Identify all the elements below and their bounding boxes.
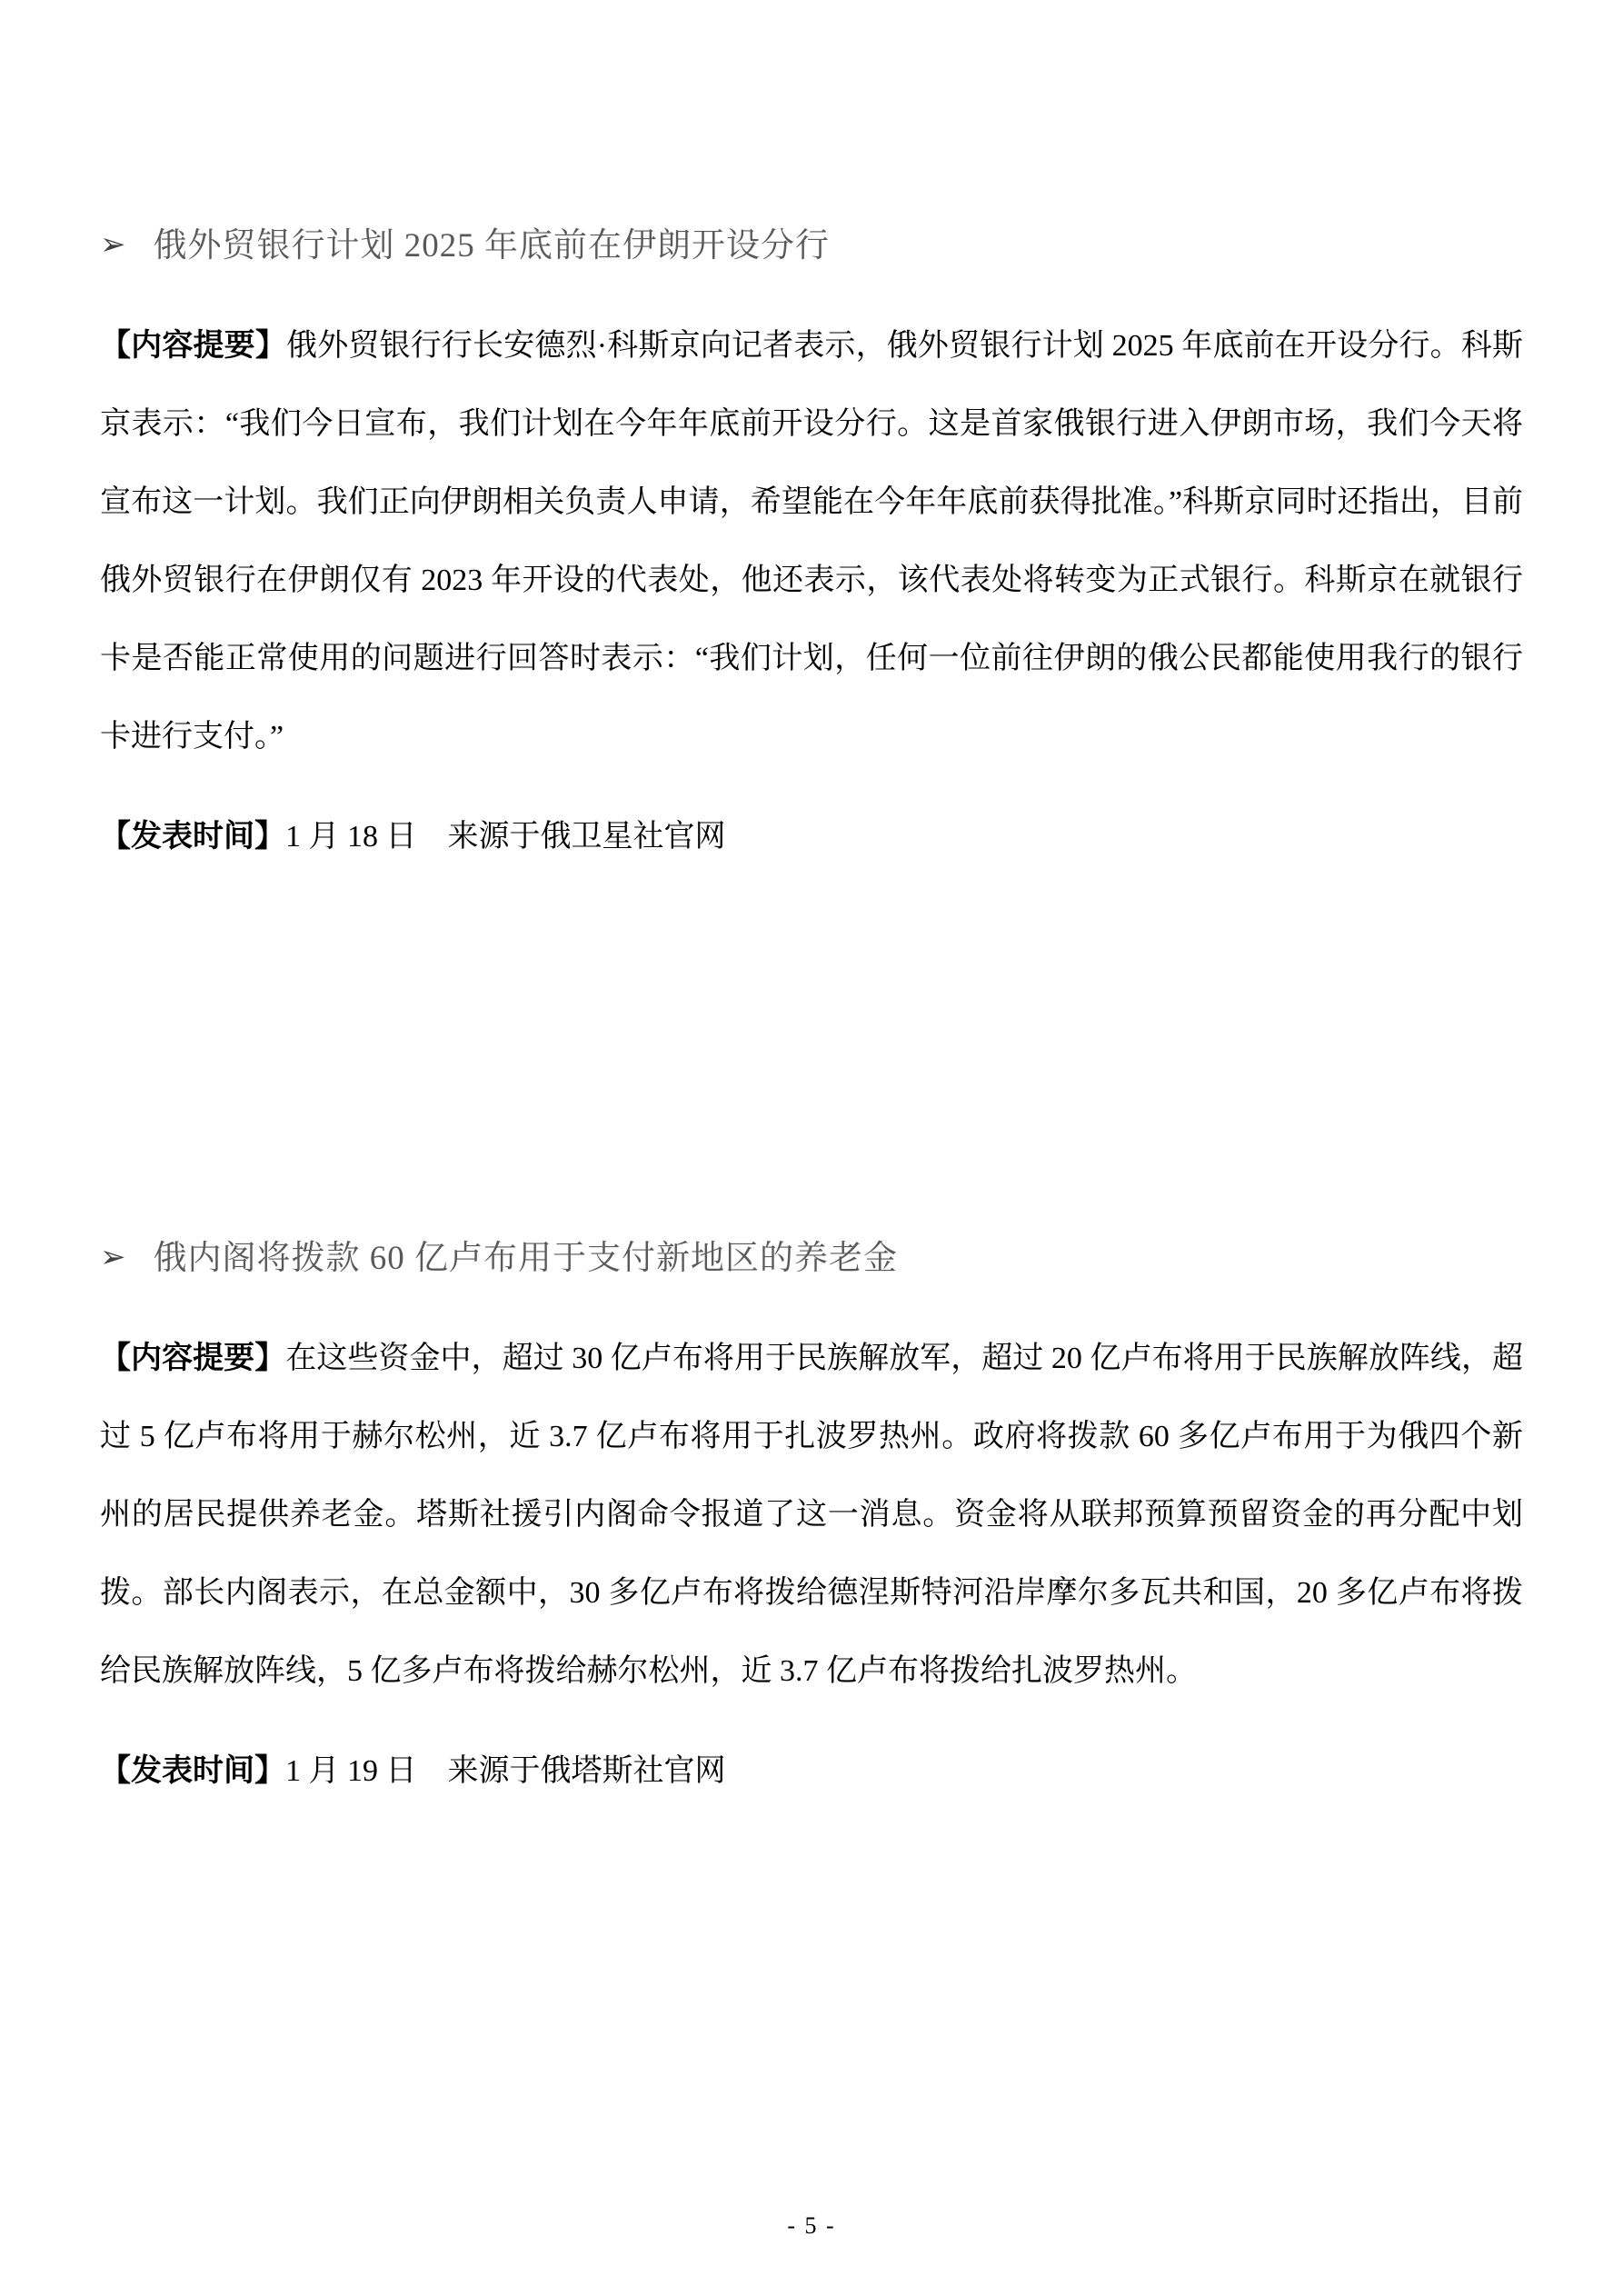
section-publish-line: 【发表时间】1 月 19 日 来源于俄塔斯社官网 [100, 1732, 1523, 1811]
document-page: ➢ 俄外贸银行计划 2025 年底前在伊朗开设分行 【内容提要】俄外贸银行行长安… [0, 0, 1623, 2296]
section-summary-paragraph: 【内容提要】俄外贸银行行长安德烈·科斯京向记者表示，俄外贸银行计划 2025 年… [100, 307, 1523, 776]
page-number: - 5 - [787, 2212, 835, 2239]
section-title: 俄内阁将拨款 60 亿卢布用于支付新地区的养老金 [154, 1235, 899, 1283]
arrow-bullet-icon: ➢ [100, 1234, 126, 1282]
section-publish-line: 【发表时间】1 月 18 日 来源于俄卫星社官网 [100, 798, 1523, 876]
summary-text: 在这些资金中，超过 30 亿卢布将用于民族解放军，超过 20 亿卢布将用于民族解… [100, 1342, 1523, 1688]
section-summary-paragraph: 【内容提要】在这些资金中，超过 30 亿卢布将用于民族解放军，超过 20 亿卢布… [100, 1320, 1523, 1711]
summary-label: 【内容提要】 [100, 329, 286, 363]
publish-time-text: 1 月 19 日 来源于俄塔斯社官网 [285, 1754, 726, 1788]
summary-text: 俄外贸银行行长安德烈·科斯京向记者表示，俄外贸银行计划 2025 年底前在开设分… [100, 329, 1523, 754]
section-heading: ➢ 俄内阁将拨款 60 亿卢布用于支付新地区的养老金 [100, 1235, 1523, 1283]
publish-time-label: 【发表时间】 [100, 1754, 285, 1788]
publish-time-text: 1 月 18 日 来源于俄卫星社官网 [285, 820, 726, 854]
summary-label: 【内容提要】 [100, 1342, 285, 1375]
news-section-pension-funds: ➢ 俄内阁将拨款 60 亿卢布用于支付新地区的养老金 【内容提要】在这些资金中，… [100, 1235, 1523, 1811]
news-section-vtb-iran: ➢ 俄外贸银行计划 2025 年底前在伊朗开设分行 【内容提要】俄外贸银行行长安… [100, 223, 1523, 876]
section-title: 俄外贸银行计划 2025 年底前在伊朗开设分行 [154, 223, 831, 270]
page-footer: - 5 - [0, 2212, 1623, 2240]
arrow-bullet-icon: ➢ [100, 222, 126, 269]
section-heading: ➢ 俄外贸银行计划 2025 年底前在伊朗开设分行 [100, 223, 1523, 271]
publish-time-label: 【发表时间】 [100, 820, 285, 854]
